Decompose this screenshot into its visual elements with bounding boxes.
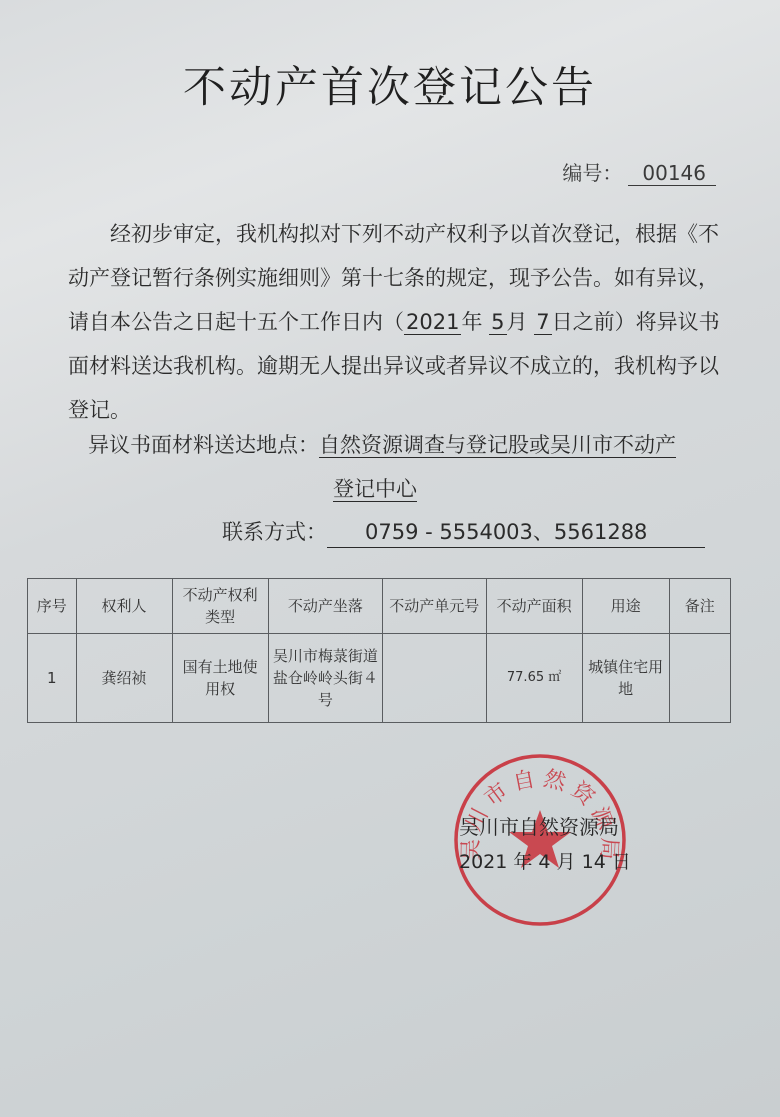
announcement-body: 经初步审定，我机构拟对下列不动产权利予以首次登记，根据《不动产登记暂行条例实施细… xyxy=(68,212,728,432)
cell-right-type: 国有土地使用权 xyxy=(172,634,268,723)
objection-address-continued: 登记中心 xyxy=(333,467,417,511)
header-usage: 用途 xyxy=(582,579,669,634)
contact-info: 联系方式：0759 - 5554003、5561288 xyxy=(222,512,705,552)
header-right-type: 不动产权利类型 xyxy=(172,579,268,634)
cell-area: 77.65 ㎡ xyxy=(486,634,582,723)
objection-address-line2: 登记中心 xyxy=(333,477,417,502)
header-area: 不动产面积 xyxy=(486,579,582,634)
header-remark: 备注 xyxy=(669,579,730,634)
announcement-page: 不动产首次登记公告 编号：00146 经初步审定，我机构拟对下列不动产权利予以首… xyxy=(0,0,780,1117)
objection-address-label: 异议书面材料送达地点： xyxy=(88,433,319,457)
header-seq: 序号 xyxy=(28,579,77,634)
signature-block: 吴川市自然资源局 2021 年 4 月 14 日 xyxy=(459,814,631,875)
contact-value: 0759 - 5554003、5561288 xyxy=(327,517,705,548)
registration-table: 序号 权利人 不动产权利类型 不动产坐落 不动产单元号 不动产面积 用途 备注 … xyxy=(27,578,731,723)
document-number: 编号：00146 xyxy=(562,157,716,186)
objection-address-line1: 自然资源调查与登记股或吴川市不动产 xyxy=(319,433,676,458)
document-number-value: 00146 xyxy=(628,161,716,186)
cell-usage: 城镇住宅用地 xyxy=(582,634,669,723)
contact-label: 联系方式： xyxy=(222,520,327,544)
table-header-row: 序号 权利人 不动产权利类型 不动产坐落 不动产单元号 不动产面积 用途 备注 xyxy=(28,579,731,634)
deadline-day: 7 xyxy=(534,310,551,335)
header-unit-no: 不动产单元号 xyxy=(383,579,486,634)
issuing-organization: 吴川市自然资源局 xyxy=(459,815,619,839)
issue-date: 2021 年 4 月 14 日 xyxy=(459,849,631,875)
cell-seq: 1 xyxy=(28,634,77,723)
cell-owner: 龚绍祯 xyxy=(76,634,172,723)
objection-address: 异议书面材料送达地点：自然资源调查与登记股或吴川市不动产 xyxy=(88,423,676,467)
year-char: 年 xyxy=(461,310,482,334)
deadline-month: 5 xyxy=(489,310,506,335)
deadline-year: 2021 xyxy=(404,310,461,335)
cell-location: 吴川市梅菉街道盐仓岭岭头街４号 xyxy=(268,634,382,723)
table-row: 1 龚绍祯 国有土地使用权 吴川市梅菉街道盐仓岭岭头街４号 77.65 ㎡ 城镇… xyxy=(28,634,731,723)
document-number-label: 编号： xyxy=(562,161,622,185)
month-char: 月 xyxy=(507,310,528,334)
cell-remark xyxy=(669,634,730,723)
header-location: 不动产坐落 xyxy=(268,579,382,634)
cell-unit-no xyxy=(383,634,486,723)
page-title: 不动产首次登记公告 xyxy=(0,54,780,115)
header-owner: 权利人 xyxy=(76,579,172,634)
